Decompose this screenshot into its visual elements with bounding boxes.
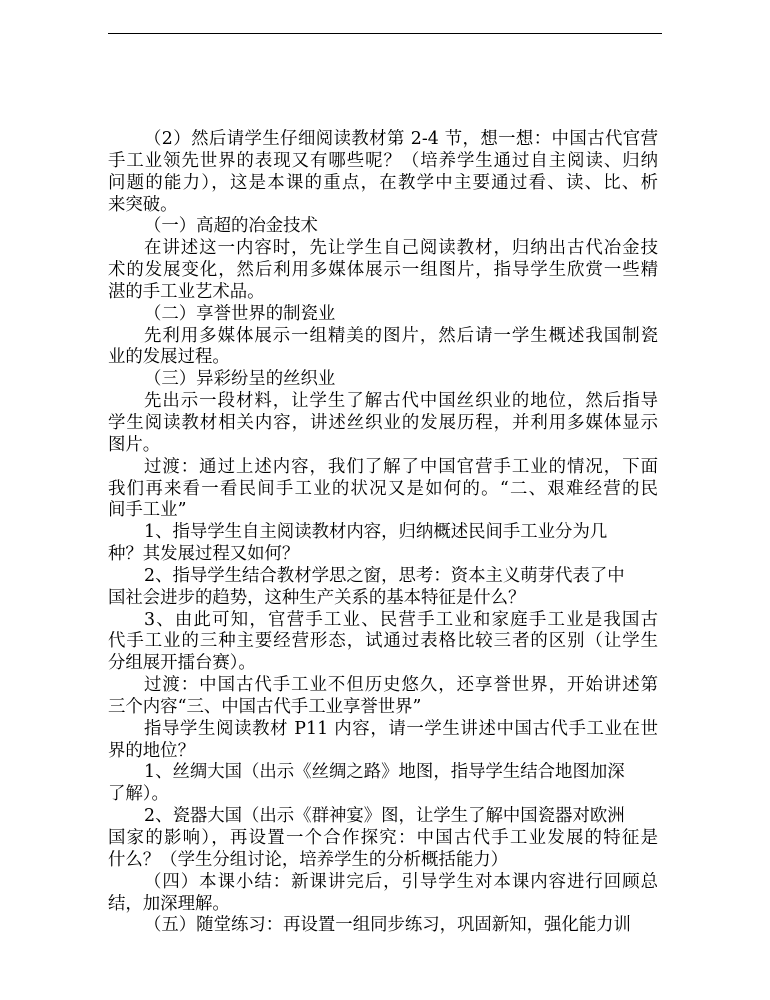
text-line: 业的发展过程。	[108, 347, 658, 369]
paragraph: 1、指导学生自主阅读教材内容，归纳概述民间手工业分为几种？其发展过程又如何？	[108, 522, 658, 566]
paragraph: 过渡：中国古代手工业不但历史悠久，还享誉世界，开始讲述第三个内容“三、中国古代手…	[108, 675, 658, 719]
text-line: 2、指导学生结合教材学思之窗，思考：资本主义萌芽代表了中	[108, 566, 658, 588]
text-line: 间手工业”	[108, 500, 658, 522]
paragraph: （二）享誉世界的制瓷业	[108, 304, 658, 326]
paragraph: 先利用多媒体展示一组精美的图片，然后请一学生概述我国制瓷业的发展过程。	[108, 326, 658, 370]
text-line: （2）然后请学生仔细阅读教材第 2-4 节，想一想：中国古代官营	[108, 129, 658, 151]
text-line: 界的地位？	[108, 741, 658, 763]
paragraph: 1、丝绸大国（出示《丝绸之路》地图，指导学生结合地图加深了解）。	[108, 762, 658, 806]
text-line: （二）享誉世界的制瓷业	[108, 304, 658, 326]
text-line: 指导学生阅读教材 P11 内容，请一学生讲述中国古代手工业在世	[108, 719, 658, 741]
header-rule	[108, 33, 662, 34]
text-line: 图片。	[108, 435, 658, 457]
paragraph: 在讲述这一内容时，先让学生自己阅读教材，归纳出古代冶金技术的发展变化，然后利用多…	[108, 238, 658, 304]
text-line: 先出示一段材料，让学生了解古代中国丝织业的地位，然后指导	[108, 391, 658, 413]
text-line: 手工业领先世界的表现又有哪些呢？（培养学生通过自主阅读、归纳	[108, 151, 658, 173]
text-line: 结，加深理解。	[108, 894, 658, 916]
paragraph: （三）异彩纷呈的丝织业	[108, 369, 658, 391]
paragraph: 先出示一段材料，让学生了解古代中国丝织业的地位，然后指导学生阅读教材相关内容，讲…	[108, 391, 658, 457]
text-line: 国社会进步的趋势，这种生产关系的基本特征是什么？	[108, 588, 658, 610]
text-line: （四）本课小结：新课讲完后，引导学生对本课内容进行回顾总	[108, 872, 658, 894]
text-line: 我们再来看一看民间手工业的状况又是如何的。“二、艰难经营的民	[108, 479, 658, 501]
text-line: 三个内容“三、中国古代手工业享誉世界”	[108, 697, 658, 719]
text-line: 2、瓷器大国（出示《群神宴》图，让学生了解中国瓷器对欧洲	[108, 806, 658, 828]
paragraph: 2、瓷器大国（出示《群神宴》图，让学生了解中国瓷器对欧洲国家的影响），再设置一个…	[108, 806, 658, 872]
text-line: 在讲述这一内容时，先让学生自己阅读教材，归纳出古代冶金技	[108, 238, 658, 260]
paragraph: （2）然后请学生仔细阅读教材第 2-4 节，想一想：中国古代官营手工业领先世界的…	[108, 129, 658, 216]
text-line: （一）高超的冶金技术	[108, 216, 658, 238]
paragraph: （一）高超的冶金技术	[108, 216, 658, 238]
paragraph: （五）随堂练习：再设置一组同步练习，巩固新知，强化能力训	[108, 915, 658, 937]
text-line: 过渡：通过上述内容，我们了解了中国官营手工业的情况，下面	[108, 457, 658, 479]
paragraph: 指导学生阅读教材 P11 内容，请一学生讲述中国古代手工业在世界的地位？	[108, 719, 658, 763]
text-line: （五）随堂练习：再设置一组同步练习，巩固新知，强化能力训	[108, 915, 658, 937]
paragraph: 2、指导学生结合教材学思之窗，思考：资本主义萌芽代表了中国社会进步的趋势，这种生…	[108, 566, 658, 610]
paragraph: 过渡：通过上述内容，我们了解了中国官营手工业的情况，下面我们再来看一看民间手工业…	[108, 457, 658, 523]
text-line: 学生阅读教材相关内容，讲述丝织业的发展历程，并利用多媒体显示	[108, 413, 658, 435]
text-line: 了解）。	[108, 784, 658, 806]
text-line: 问题的能力），这是本课的重点，在教学中主要通过看、读、比、析	[108, 173, 658, 195]
text-line: 过渡：中国古代手工业不但历史悠久，还享誉世界，开始讲述第	[108, 675, 658, 697]
document-body: （2）然后请学生仔细阅读教材第 2-4 节，想一想：中国古代官营手工业领先世界的…	[108, 129, 658, 937]
text-line: 3、由此可知，官营手工业、民营手工业和家庭手工业是我国古	[108, 610, 658, 632]
text-line: 国家的影响），再设置一个合作探究：中国古代手工业发展的特征是	[108, 828, 658, 850]
text-line: 1、指导学生自主阅读教材内容，归纳概述民间手工业分为几	[108, 522, 658, 544]
text-line: 先利用多媒体展示一组精美的图片，然后请一学生概述我国制瓷	[108, 326, 658, 348]
paragraph: （四）本课小结：新课讲完后，引导学生对本课内容进行回顾总结，加深理解。	[108, 872, 658, 916]
text-line: 术的发展变化，然后利用多媒体展示一组图片，指导学生欣赏一些精	[108, 260, 658, 282]
text-line: （三）异彩纷呈的丝织业	[108, 369, 658, 391]
text-line: 1、丝绸大国（出示《丝绸之路》地图，指导学生结合地图加深	[108, 762, 658, 784]
paragraph: 3、由此可知，官营手工业、民营手工业和家庭手工业是我国古代手工业的三种主要经营形…	[108, 610, 658, 676]
text-line: 来突破。	[108, 195, 658, 217]
text-line: 什么？（学生分组讨论，培养学生的分析概括能力）	[108, 850, 658, 872]
text-line: 湛的手工业艺术品。	[108, 282, 658, 304]
text-line: 种？其发展过程又如何？	[108, 544, 658, 566]
text-line: 分组展开擂台赛）。	[108, 653, 658, 675]
text-line: 代手工业的三种主要经营形态，试通过表格比较三者的区别（让学生	[108, 631, 658, 653]
